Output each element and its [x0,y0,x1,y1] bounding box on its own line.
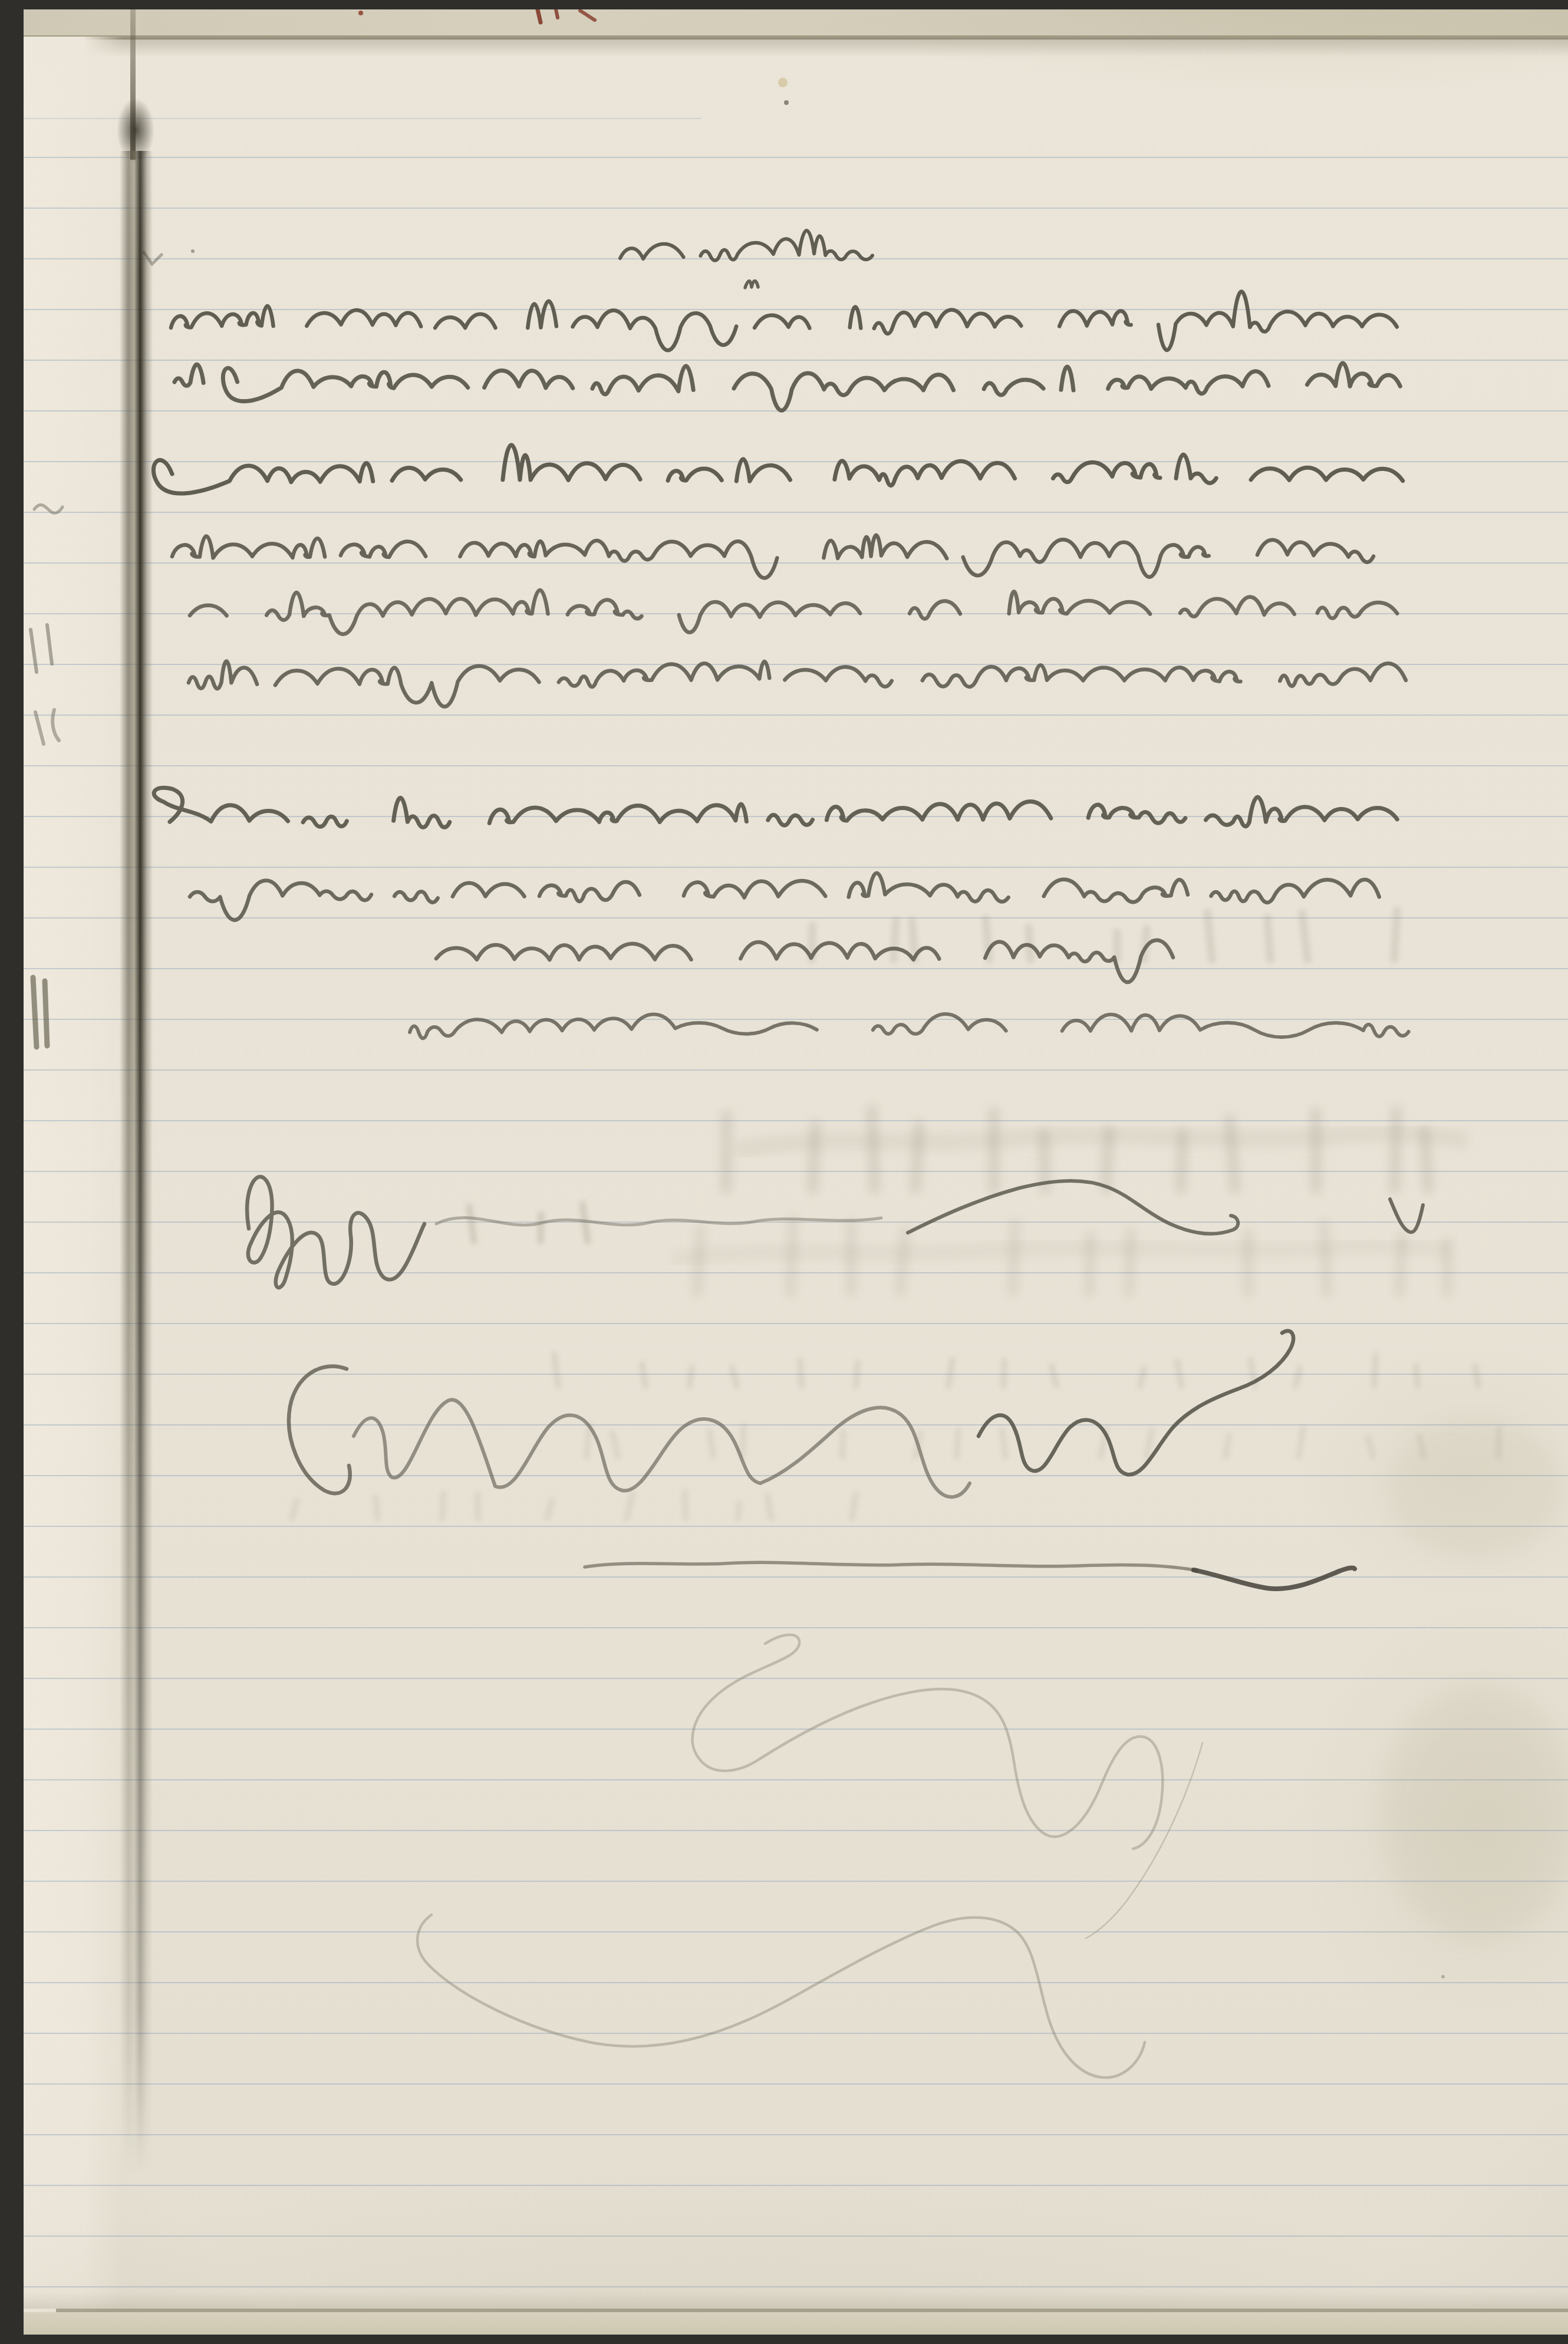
scratch-mark [1086,1743,1203,1938]
red-ink-marks [358,9,595,22]
stain-speck [778,78,788,87]
red-dot [358,11,363,15]
handwriting-line [153,445,1402,493]
red-mark [580,11,595,20]
handwriting-scrawl [247,1177,424,1288]
margin-squiggle [34,505,62,513]
ghost-dash-row [469,1204,588,1242]
ghost-dash-row [554,1354,1478,1386]
page-bottom-edge [24,2312,1568,2335]
margin-zigzag [35,710,59,744]
handwriting-line [174,363,1400,411]
handwriting-scrawl [436,1217,881,1225]
underline-flourish [1194,1568,1355,1589]
handwriting-line [154,788,1397,827]
handwriting-scrawl [979,1331,1293,1475]
handwriting-check-mark [1390,1199,1423,1232]
ghost-dash-row [812,910,1397,960]
notebook-page: Scanned notebook page with handwritten p… [24,9,1568,2335]
underline-flourish [585,1562,1197,1571]
dark-speck [1441,1975,1445,1978]
ghost-dash-row [292,1492,856,1519]
bleedthrough-ghost-marks [292,910,1568,1940]
dark-speck [191,249,195,253]
dark-speck [784,100,789,105]
binding-crease [120,151,153,2173]
handwriting-line [436,940,1173,982]
handwriting-line [189,661,1406,707]
red-mark [538,9,541,22]
ghost-dash-row [587,1425,1499,1457]
margin-zigzag [31,625,52,672]
handwriting-line [172,535,1373,578]
handwriting-scrawl [908,1181,1238,1234]
handwriting-line [410,1014,1409,1038]
smudge [1382,1687,1568,1940]
doodle-s-curve [693,1635,1163,1849]
smudge [1388,1418,1565,1560]
doodle-wave [417,1915,1145,2078]
handwriting-insertion [620,231,872,261]
insertion-caret [745,281,758,288]
handwriting-line [190,873,1379,920]
margin-double-bar [33,977,47,1047]
handwriting-scrawl [354,1400,970,1497]
specks [191,78,1445,1978]
page-bottom-shadow [24,2292,1568,2309]
ink-layer [24,9,1568,2335]
handwriting-line [190,590,1397,634]
handwriting-line [171,292,1397,351]
handwriting-scrawl [289,1367,350,1494]
red-mark [556,9,558,18]
